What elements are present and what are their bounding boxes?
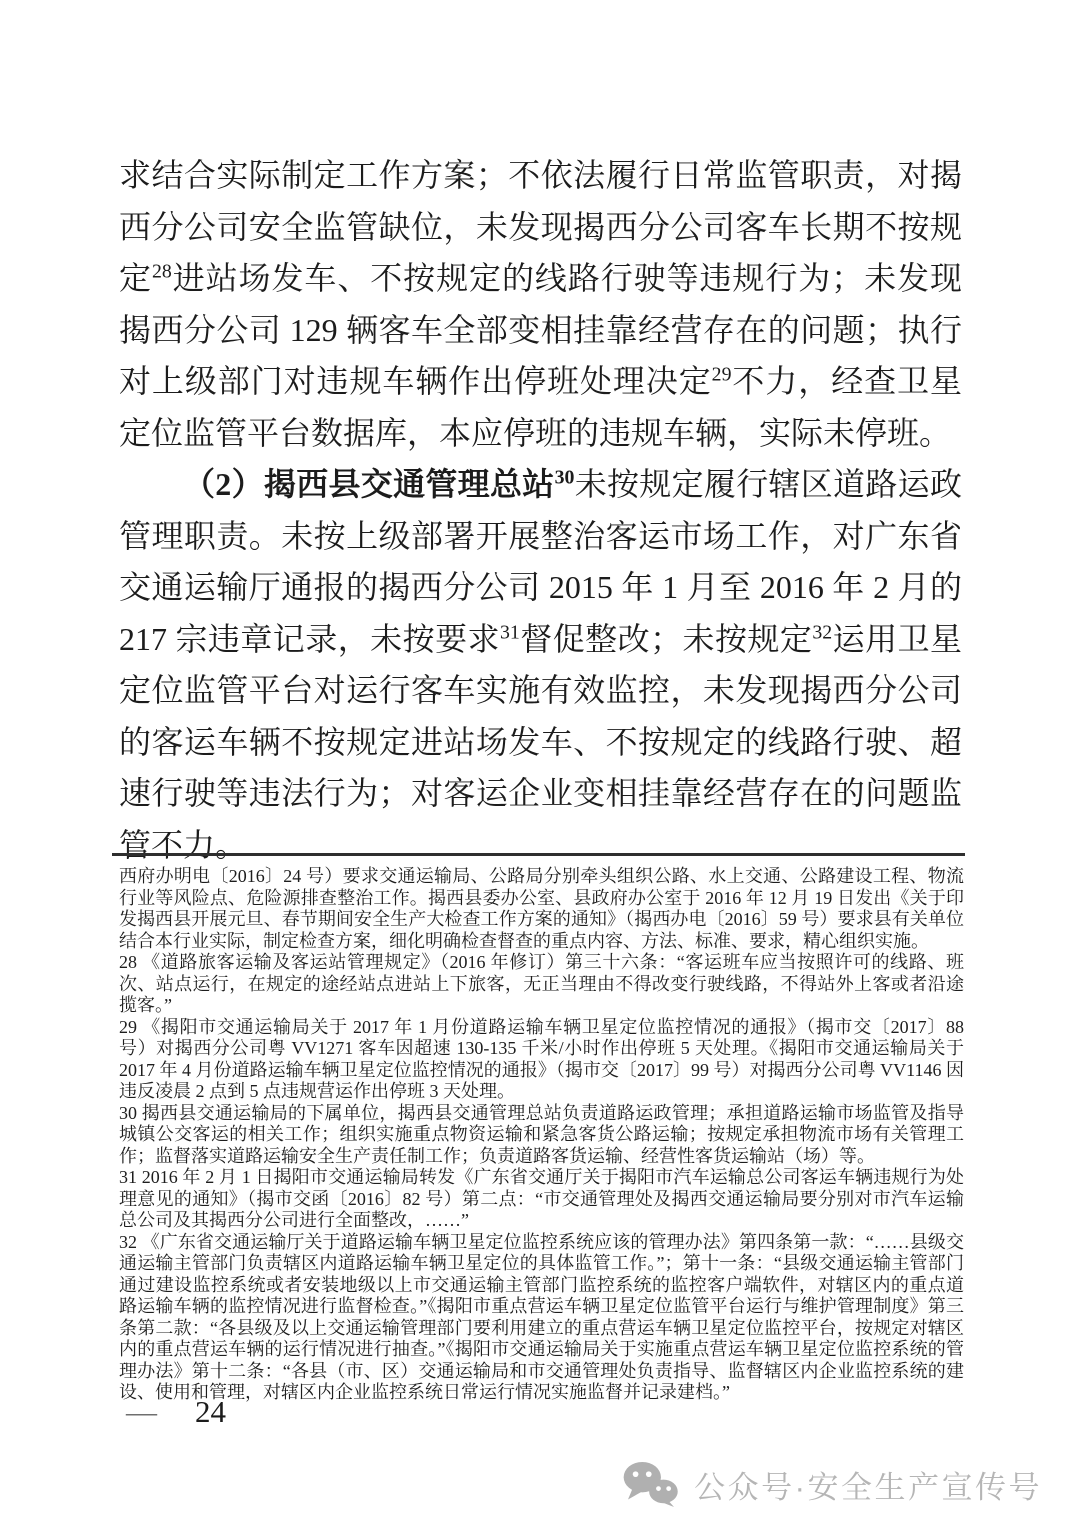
footnote-text: 西府办明电〔2016〕24 号）要求交通运输局、公路局分别牵头组织公路、水上交通… bbox=[119, 866, 964, 951]
footnote-text: 《广东省交通运输厅关于道路运输车辆卫星定位监控系统应该的管理办法》第四条第一款：… bbox=[119, 1232, 964, 1403]
footnote-text: 《道路旅客运输及客运站管理规定》（2016 年修订）第三十六条：“客运班车应当按… bbox=[119, 952, 964, 1015]
paragraph: （2）揭西县交通管理总站30未按规定履行辖区道路运政管理职责。未按上级部署开展整… bbox=[119, 459, 962, 871]
footnote-text: 《揭阳市交通运输局关于 2017 年 1 月份道路运输车辆卫星定位监控情况的通报… bbox=[119, 1017, 964, 1102]
footnote-ref: 32 bbox=[812, 621, 832, 643]
footnote-item: 29 《揭阳市交通运输局关于 2017 年 1 月份道路运输车辆卫星定位监控情况… bbox=[119, 1017, 964, 1103]
footnote-rule bbox=[112, 853, 965, 856]
footnote-ref: 29 bbox=[712, 363, 732, 385]
footnote-number: 31 bbox=[119, 1167, 142, 1187]
page-number-value: 24 bbox=[195, 1394, 226, 1429]
footnote-item: 西府办明电〔2016〕24 号）要求交通运输局、公路局分别牵头组织公路、水上交通… bbox=[119, 866, 964, 952]
footnote-text: 2016 年 2 月 1 日揭阳市交通运输局转发《广东省交通厅关于揭阳市汽车运输… bbox=[119, 1167, 964, 1230]
watermark-text: 公众号·安全生产宣传号 bbox=[694, 1462, 1042, 1507]
footnote-item: 31 2016 年 2 月 1 日揭阳市交通运输局转发《广东省交通厅关于揭阳市汽… bbox=[119, 1167, 964, 1232]
text-run: （2）揭西县交通管理总站 bbox=[183, 466, 555, 502]
text-run: 督促整改；未按规定 bbox=[520, 621, 813, 657]
footnote-item: 32 《广东省交通运输厅关于道路运输车辆卫星定位监控系统应该的管理办法》第四条第… bbox=[119, 1232, 964, 1404]
watermark: 公众号·安全生产宣传号 bbox=[622, 1461, 1042, 1507]
paragraph: 求结合实际制定工作方案；不依法履行日常监管职责，对揭西分公司安全监管缺位，未发现… bbox=[119, 150, 962, 459]
footnote-number: 29 bbox=[119, 1017, 142, 1037]
body-text: 求结合实际制定工作方案；不依法履行日常监管职责，对揭西分公司安全监管缺位，未发现… bbox=[119, 150, 962, 871]
footnote-number: 28 bbox=[119, 952, 142, 972]
footnote-ref: 30 bbox=[555, 466, 575, 488]
footnote-number: 32 bbox=[119, 1232, 142, 1252]
footnotes: 西府办明电〔2016〕24 号）要求交通运输局、公路局分别牵头组织公路、水上交通… bbox=[119, 866, 964, 1404]
footnote-ref: 28 bbox=[152, 260, 172, 282]
footnote-ref: 31 bbox=[500, 621, 520, 643]
footnote-text: 揭西县交通运输局的下属单位，揭西县交通管理总站负责道路运政管理；承担道路运输市场… bbox=[119, 1103, 964, 1166]
footnote-number: 30 bbox=[119, 1103, 142, 1123]
footnote-item: 30 揭西县交通运输局的下属单位，揭西县交通管理总站负责道路运政管理；承担道路运… bbox=[119, 1103, 964, 1168]
page-number-dash: — bbox=[126, 1394, 157, 1429]
page-number: —24 bbox=[126, 1394, 226, 1430]
footnote-item: 28 《道路旅客运输及客运站管理规定》（2016 年修订）第三十六条：“客运班车… bbox=[119, 952, 964, 1017]
wechat-icon bbox=[622, 1461, 680, 1507]
